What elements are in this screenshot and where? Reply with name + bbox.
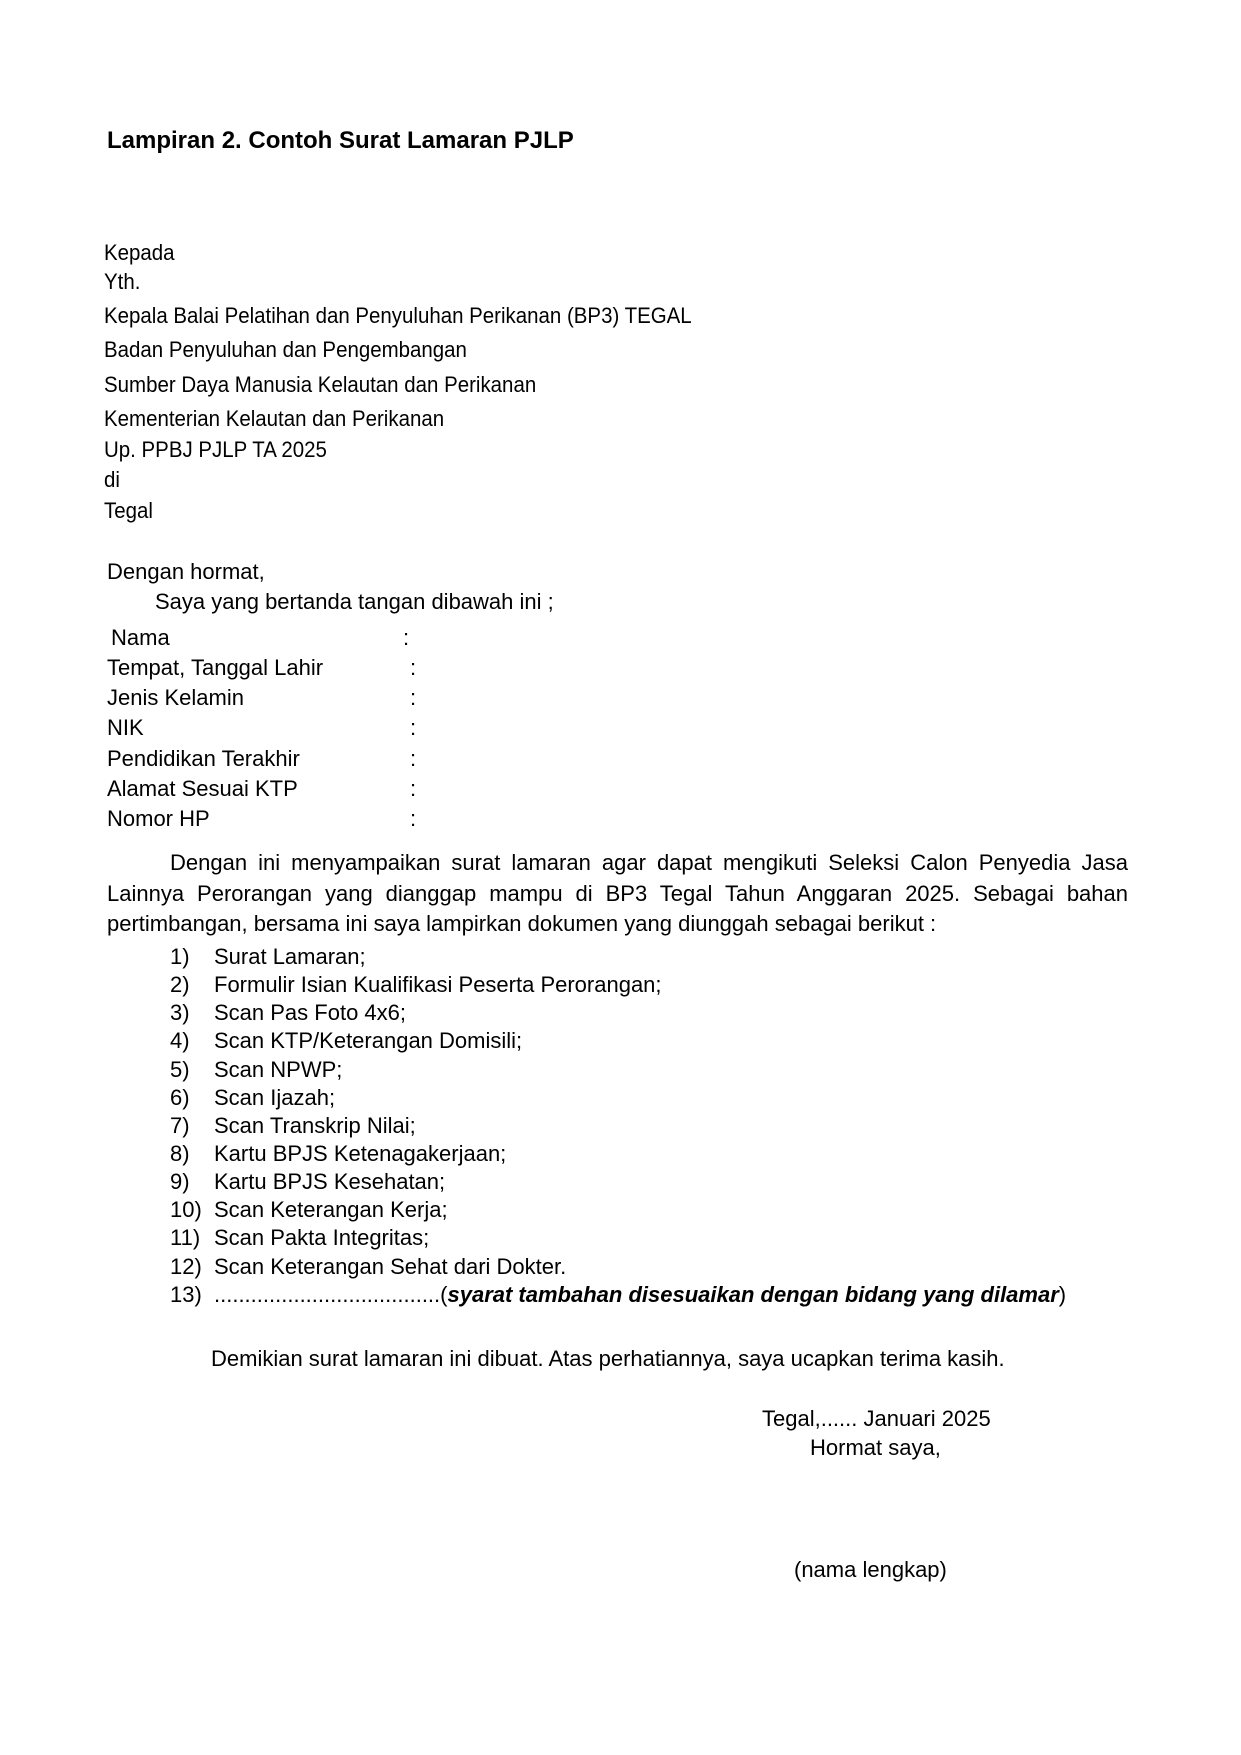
field-colon: : [410,746,416,772]
field-label: Tempat, Tanggal Lahir [107,655,323,681]
field-label: Pendidikan Terakhir [107,746,300,772]
closing-line: Demikian surat lamaran ini dibuat. Atas … [211,1346,1005,1372]
list-number: 6) [170,1085,190,1111]
list-item: Surat Lamaran; [214,944,366,970]
list-number: 7) [170,1113,190,1139]
recipient-line: Kepala Balai Pelatihan dan Penyuluhan Pe… [104,303,692,329]
recipient-line: Tegal [104,498,153,524]
page-title: Lampiran 2. Contoh Surat Lamaran PJLP [107,127,574,155]
recipient-line: Kepada [104,240,175,266]
recipient-line: Up. PPBJ PJLP TA 2025 [104,437,327,463]
list-number: 11) [170,1225,200,1251]
list-number: 2) [170,972,190,998]
list-number: 8) [170,1141,190,1167]
intro-line: Saya yang bertanda tangan dibawah ini ; [155,589,554,615]
field-colon: : [410,685,416,711]
list-item: Scan Transkrip Nilai; [214,1113,416,1139]
field-colon: : [410,806,416,832]
list-item: Scan Pas Foto 4x6; [214,1000,406,1026]
list-number: 5) [170,1057,190,1083]
list-item: Scan Ijazah; [214,1085,335,1111]
list-number: 9) [170,1169,190,1195]
list-number: 13) [170,1282,202,1308]
regards: Hormat saya, [810,1435,941,1461]
recipient-line: Yth. [104,269,140,295]
place-date: Tegal,...... Januari 2025 [762,1406,991,1432]
recipient-line: Badan Penyuluhan dan Pengembangan [104,337,467,363]
greeting: Dengan hormat, [107,559,265,585]
field-colon: : [410,715,416,741]
additional-requirement-note: syarat tambahan disesuaikan dengan bidan… [447,1282,1058,1307]
signer-name: (nama lengkap) [794,1557,947,1583]
list-item: Scan NPWP; [214,1057,342,1083]
field-colon: : [403,625,409,651]
list-item: Scan Keterangan Kerja; [214,1197,448,1223]
body-paragraph: Dengan ini menyampaikan surat lamaran ag… [107,848,1128,940]
field-label: Jenis Kelamin [107,685,244,711]
list-number: 10) [170,1197,202,1223]
recipient-line: Sumber Daya Manusia Kelautan dan Perikan… [104,372,536,398]
recipient-line: di [104,467,120,493]
field-label: Nomor HP [107,806,210,832]
list-number: 1) [170,944,190,970]
list-item: Kartu BPJS Ketenagakerjaan; [214,1141,506,1167]
field-label: NIK [107,715,144,741]
list-item: Scan Pakta Integritas; [214,1225,429,1251]
field-colon: : [410,655,416,681]
list-item: Kartu BPJS Kesehatan; [214,1169,445,1195]
list-number: 3) [170,1000,190,1026]
field-colon: : [410,776,416,802]
close-paren: ) [1059,1282,1066,1307]
list-number: 12) [170,1254,202,1280]
field-label: Nama [111,625,170,651]
field-label: Alamat Sesuai KTP [107,776,298,802]
dots-placeholder: .....................................( [214,1282,447,1307]
list-item: Scan Keterangan Sehat dari Dokter. [214,1254,566,1280]
list-item-additional: .....................................(sy… [214,1282,1066,1308]
list-number: 4) [170,1028,190,1054]
recipient-line: Kementerian Kelautan dan Perikanan [104,406,444,432]
list-item: Formulir Isian Kualifikasi Peserta Peror… [214,972,662,998]
list-item: Scan KTP/Keterangan Domisili; [214,1028,522,1054]
